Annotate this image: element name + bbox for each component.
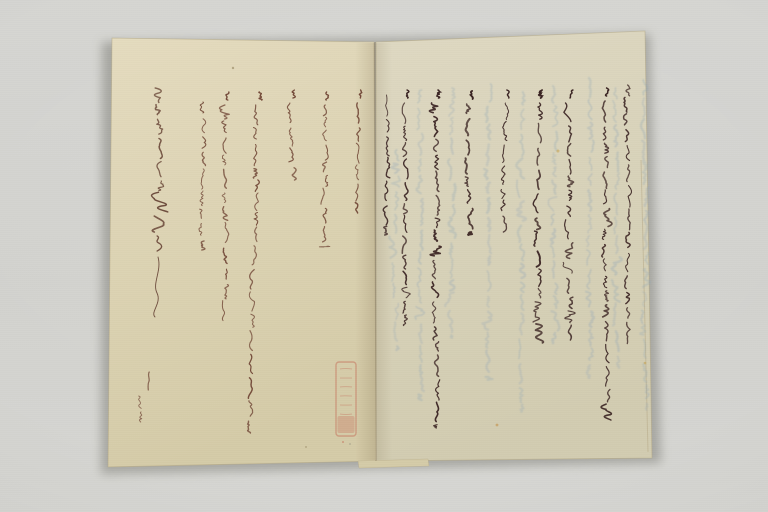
gutter-shade-right [376,43,392,460]
cursive-character [589,78,591,97]
paper-speck [305,446,307,448]
cursive-character [487,198,490,213]
cursive-character [418,395,421,400]
cursive-character [319,246,329,247]
seal-character-mark [340,414,352,415]
right-page [376,31,652,461]
paper-speck [557,150,560,153]
paper-speck [496,424,499,427]
cursive-character [617,357,620,368]
cursive-character [468,232,472,235]
cursive-character [421,231,423,250]
photo-scene [0,0,768,512]
seal-dense-block [338,416,355,433]
cursive-character [396,346,398,350]
seal-dot [342,441,344,443]
paper-speck [232,67,234,69]
gutter-shade-left [355,43,375,460]
paper-speck [644,362,647,365]
manuscript-book [0,0,768,512]
pencil-dot [349,443,351,445]
cursive-character [451,335,453,338]
